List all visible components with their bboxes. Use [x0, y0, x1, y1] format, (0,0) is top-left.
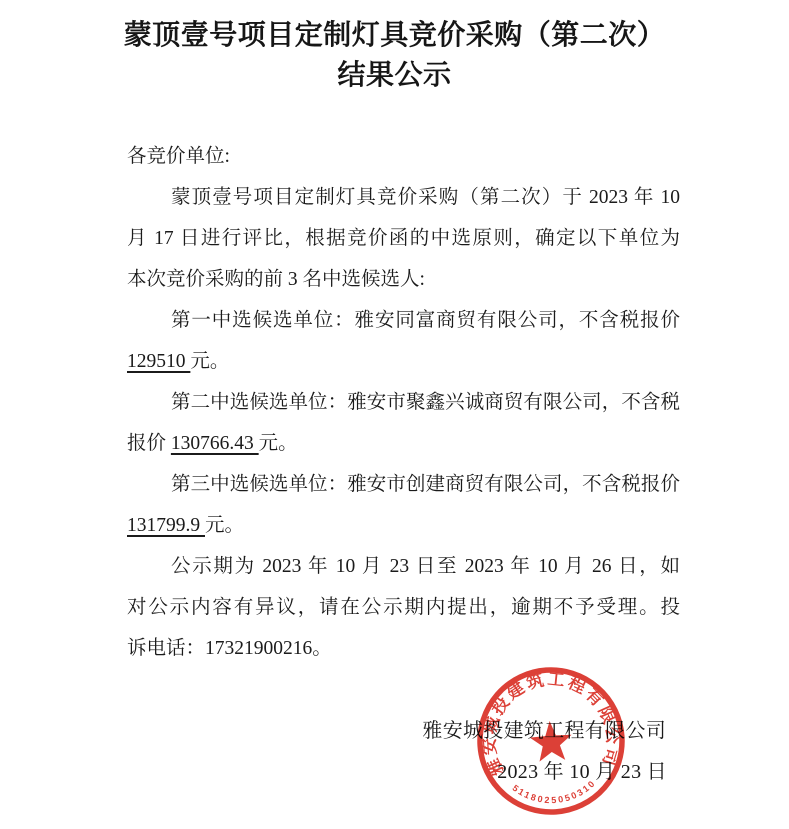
- company-seal-stamp: 雅安城投建筑工程有限公司 5118025050310: [466, 656, 637, 827]
- body-line: 本次竞价采购的前 3 名中选候选人:: [127, 259, 680, 300]
- body-text-segment: 第一中选候选单位：雅安同富商贸有限公司，不含税报价: [171, 310, 680, 331]
- body-line: 129510 元。: [127, 341, 680, 382]
- document-title: 蒙顶壹号项目定制灯具竞价采购（第二次） 结果公示: [0, 15, 789, 95]
- body-text-segment: 蒙顶壹号项目定制灯具竞价采购（第二次）于 2023 年 10: [171, 187, 680, 208]
- body-line: 公示期为 2023 年 10 月 23 日至 2023 年 10 月 26 日，…: [127, 546, 680, 587]
- body-text-segment: 报价: [127, 433, 171, 454]
- title-line-2: 结果公示: [0, 55, 789, 95]
- document-body: 各竞价单位:蒙顶壹号项目定制灯具竞价采购（第二次）于 2023 年 10月 17…: [127, 136, 680, 669]
- body-text-segment: 公示期为 2023 年 10 月 23 日至 2023 年 10 月 26 日，…: [171, 556, 680, 577]
- body-line: 各竞价单位:: [127, 136, 680, 177]
- body-text-segment: 月 17 日进行评比，根据竞价函的中选原则，确定以下单位为: [127, 228, 680, 249]
- body-text-segment: 元。: [190, 351, 229, 372]
- underlined-price: 131799.9: [127, 515, 205, 536]
- body-line: 月 17 日进行评比，根据竞价函的中选原则，确定以下单位为: [127, 218, 680, 259]
- body-line: 第二中选候选单位：雅安市聚鑫兴诚商贸有限公司，不含税: [127, 382, 680, 423]
- body-text-segment: 诉电话：17321900216。: [127, 638, 332, 659]
- underlined-price: 130766.43: [171, 433, 259, 454]
- body-line: 对公示内容有异议，请在公示期内提出，逾期不予受理。投: [127, 587, 680, 628]
- svg-text:雅安城投建筑工程有限公司: 雅安城投建筑工程有限公司: [474, 664, 624, 780]
- body-line: 蒙顶壹号项目定制灯具竞价采购（第二次）于 2023 年 10: [127, 177, 680, 218]
- underlined-price: 129510: [127, 351, 190, 372]
- document-page: 蒙顶壹号项目定制灯具竞价采购（第二次） 结果公示 各竞价单位:蒙顶壹号项目定制灯…: [0, 0, 789, 829]
- body-text-segment: 第二中选候选单位：雅安市聚鑫兴诚商贸有限公司，不含税: [171, 392, 680, 413]
- body-text-segment: 对公示内容有异议，请在公示期内提出，逾期不予受理。投: [127, 597, 680, 618]
- body-text-segment: 本次竞价采购的前 3 名中选候选人:: [127, 269, 425, 290]
- body-text-segment: 各竞价单位:: [127, 146, 230, 167]
- body-text-segment: 第三中选候选单位：雅安市创建商贸有限公司，不含税报价: [171, 474, 680, 495]
- body-line: 报价 130766.43 元。: [127, 423, 680, 464]
- body-line: 第三中选候选单位：雅安市创建商贸有限公司，不含税报价: [127, 464, 680, 505]
- title-line-1: 蒙顶壹号项目定制灯具竞价采购（第二次）: [0, 15, 789, 55]
- stamp-star-icon: [529, 720, 573, 763]
- body-line: 第一中选候选单位：雅安同富商贸有限公司，不含税报价: [127, 300, 680, 341]
- stamp-company-text: 雅安城投建筑工程有限公司: [474, 664, 624, 780]
- body-text-segment: 元。: [205, 515, 244, 536]
- body-text-segment: 元。: [259, 433, 298, 454]
- body-line: 131799.9 元。: [127, 505, 680, 546]
